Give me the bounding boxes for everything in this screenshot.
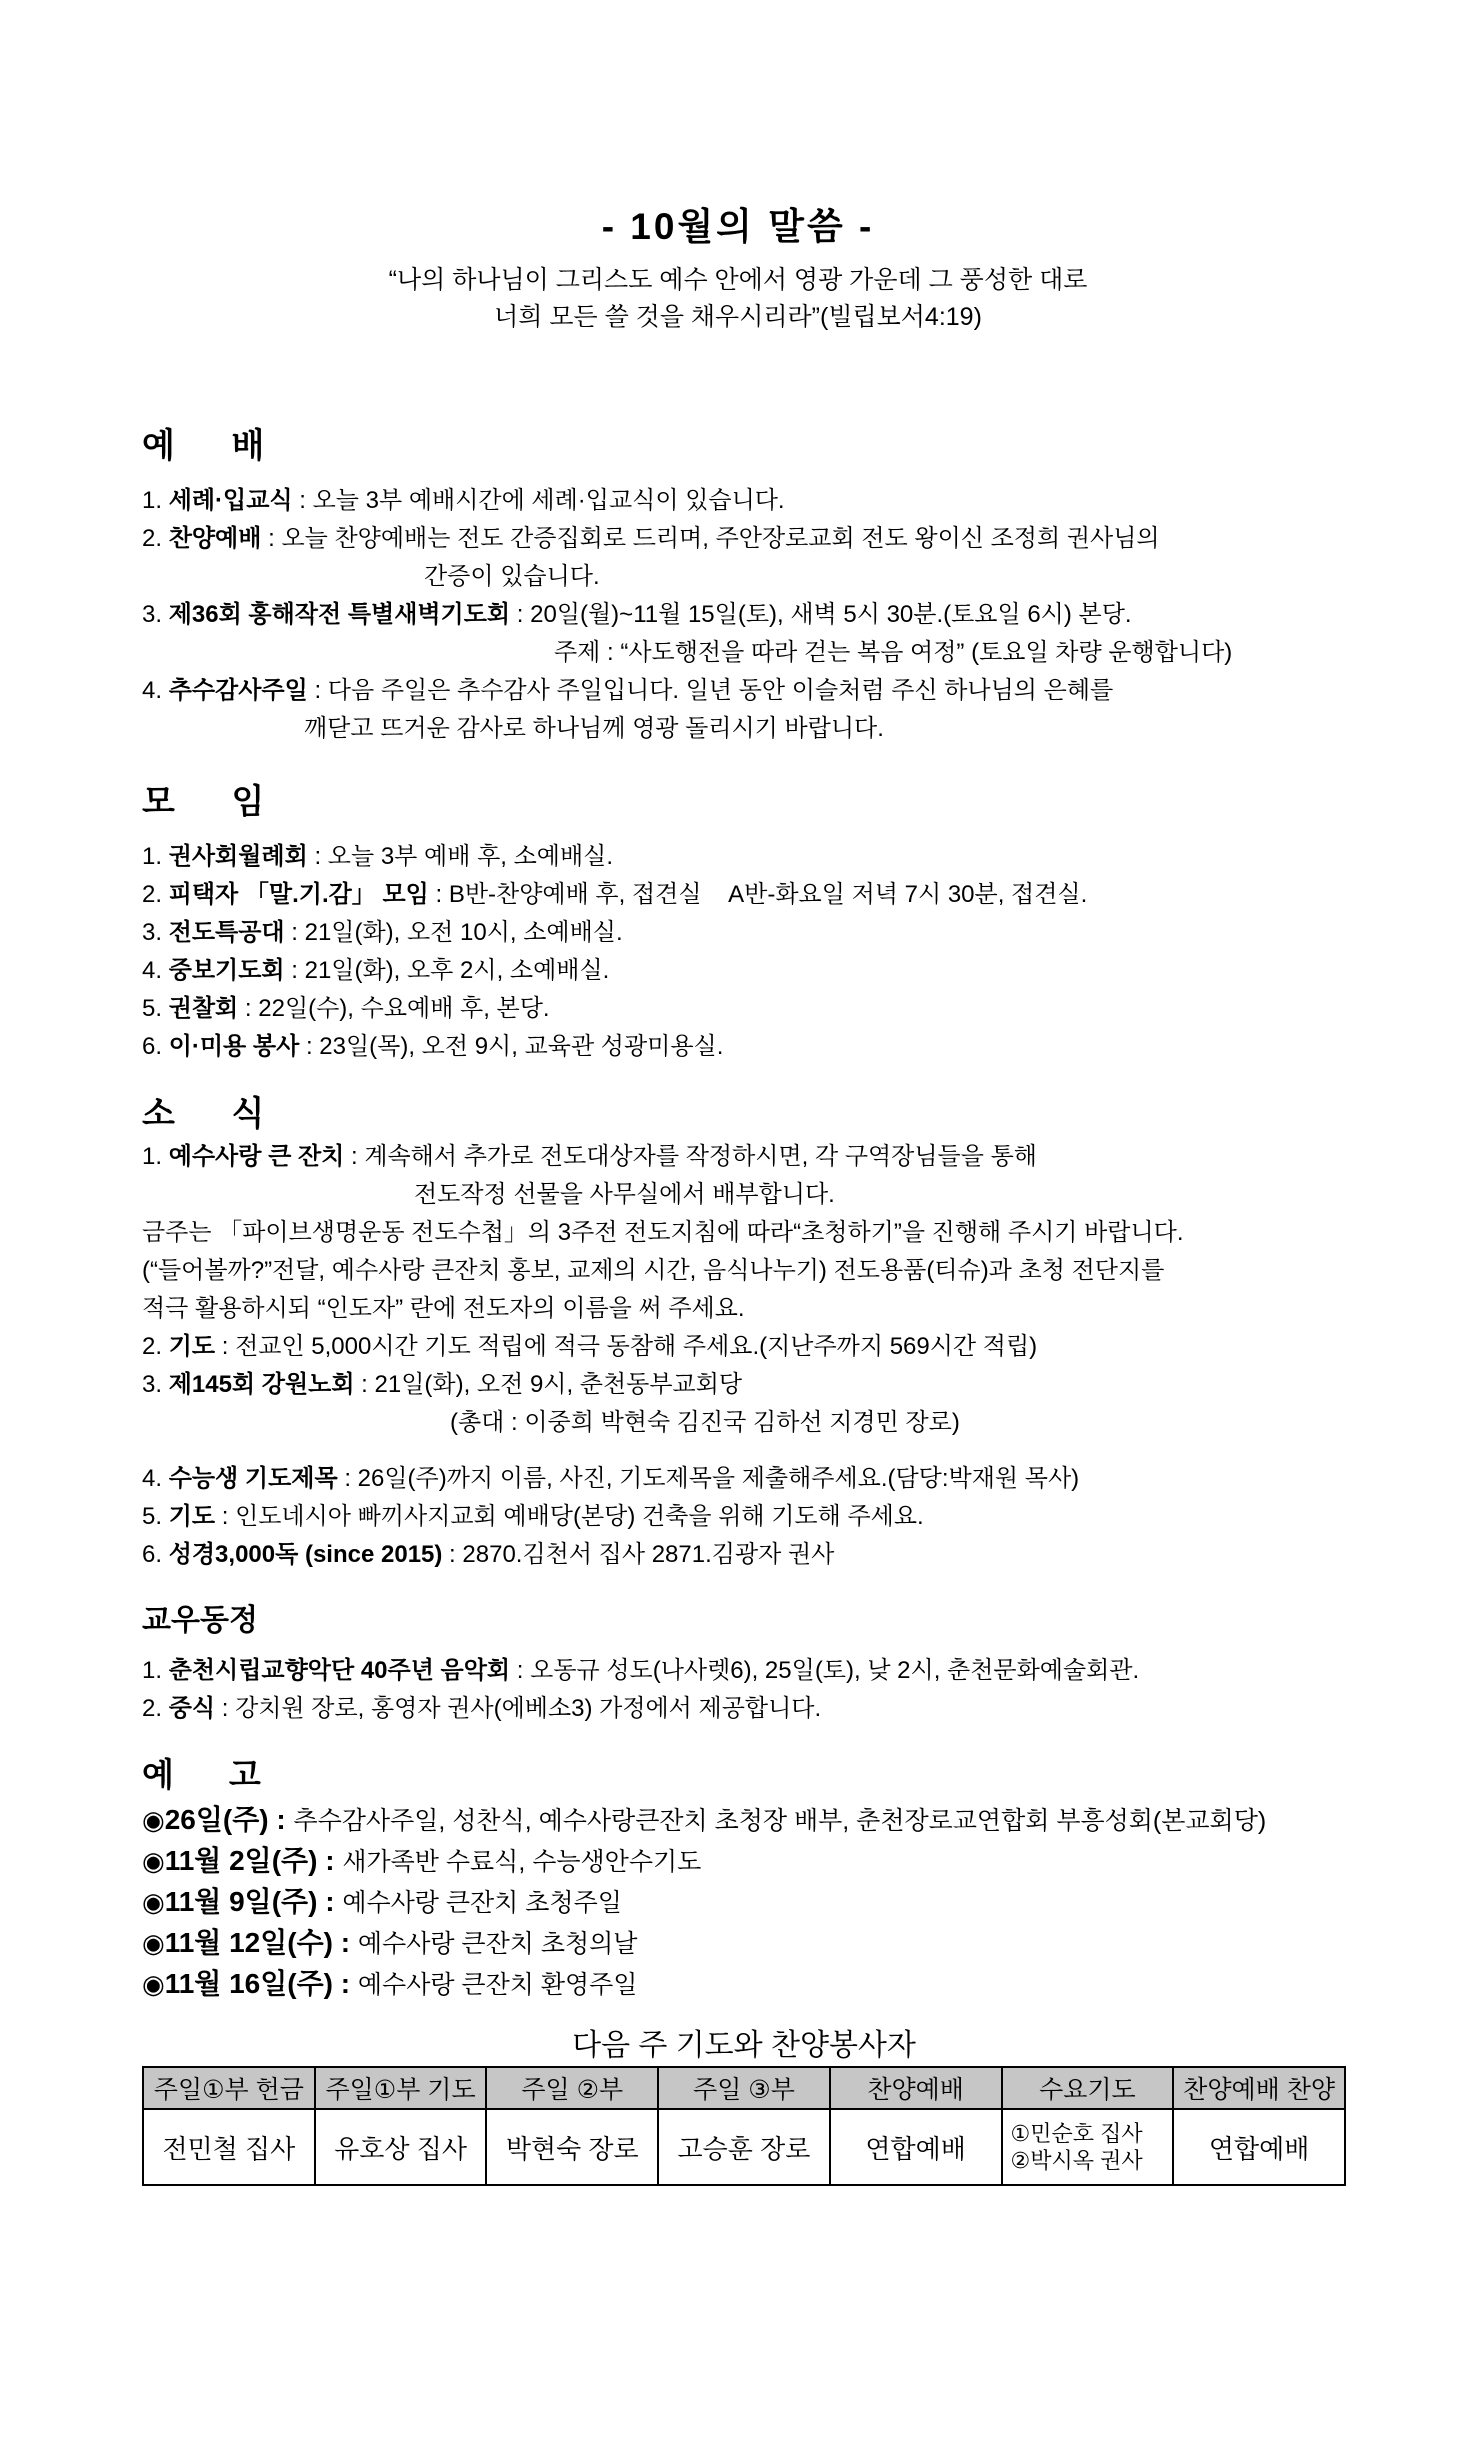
item-number: 2. [142, 1695, 169, 1722]
section-meeting: 모 임 1. 권사회월례회 : 오늘 3부 예배 후, 소예배실. 2. 피택자… [142, 780, 1446, 1066]
item-text: : 21일(화), 오후 2시, 소예배실. [285, 957, 610, 984]
item-text: : 오늘 찬양예배는 전도 간증집회로 드리며, 주안장로교회 전도 왕이신 조… [261, 525, 1159, 552]
upcoming-item-1: ◉26일(주) : 추수감사주일, 성찬식, 예수사랑큰잔치 초청장 배부, 춘… [142, 1800, 1446, 1841]
worship-item-2-cont: 간증이 있습니다. [142, 558, 1446, 596]
meeting-item-1: 1. 권사회월례회 : 오늘 3부 예배 후, 소예배실. [142, 838, 1446, 876]
section-member-news: 교우동정 1. 춘천시립교향악단 40주년 음악회 : 오동규 성도(나사렛6)… [142, 1598, 1446, 1728]
news-item-1: 1. 예수사랑 큰 잔치 : 계속해서 추가로 전도대상자를 작정하시면, 각 … [142, 1138, 1446, 1176]
fisheye-bullet-icon: ◉ [142, 1969, 165, 1999]
item-label: 예수사랑 큰 잔치 [169, 1143, 345, 1170]
section-worship: 예 배 1. 세례·입교식 : 오늘 3부 예배시간에 세례·입교식이 있습니다… [142, 424, 1446, 748]
item-label: 중식 [169, 1695, 215, 1722]
item-label: 중보기도회 [169, 957, 285, 984]
worship-item-4: 4. 추수감사주일 : 다음 주일은 추수감사 주일입니다. 일년 동안 이슬처… [142, 672, 1446, 710]
fisheye-bullet-icon: ◉ [142, 1928, 165, 1958]
item-number: 2. [142, 525, 169, 552]
item-label: 기도 [169, 1333, 215, 1360]
item-label: 성경3,000독 (since 2015) [169, 1541, 443, 1568]
news-item-1-cont: 전도작정 선물을 사무실에서 배부합니다. [142, 1176, 1446, 1214]
upcoming-text: 예수사랑 큰잔치 초청의날 [358, 1930, 638, 1958]
item-label: 권찰회 [169, 995, 239, 1022]
upcoming-text: 예수사랑 큰잔치 초청주일 [342, 1889, 622, 1917]
item-text: : 26일(주)까지 이름, 사진, 기도제목을 제출해주세요.(담당:박재원 … [338, 1465, 1079, 1492]
item-text: : 계속해서 추가로 전도대상자를 작정하시면, 각 구역장님들을 통해 [344, 1143, 1037, 1170]
item-number: 5. [142, 1503, 169, 1530]
item-text: : 전교인 5,000시간 기도 적립에 적극 동참해 주세요.(지난주까지 5… [215, 1333, 1037, 1360]
meeting-item-6: 6. 이·미용 봉사 : 23일(목), 오전 9시, 교육관 성광미용실. [142, 1028, 1446, 1066]
item-text: : 오늘 3부 예배 후, 소예배실. [308, 843, 613, 870]
bulletin-page: - 10월의 말씀 - “나의 하나님이 그리스도 예수 안에서 영광 가운데 … [0, 0, 1476, 2445]
item-text: : 오동규 성도(나사렛6), 25일(토), 낮 2시, 춘천문화예술회관. [510, 1657, 1139, 1684]
cell-wed-prayer: ①민순호 집사 ②박시옥 권사 [1002, 2109, 1174, 2185]
upcoming-date: 11월 12일(수) : [165, 1927, 358, 1958]
header-cell-wed-prayer: 수요기도 [1002, 2067, 1174, 2109]
item-text: : B반-찬양예배 후, 접견실 A반-화요일 저녁 7시 30분, 접견실. [429, 881, 1087, 908]
meeting-item-3: 3. 전도특공대 : 21일(화), 오전 10시, 소예배실. [142, 914, 1446, 952]
item-text: : 2870.김천서 집사 2871.김광자 권사 [442, 1541, 834, 1568]
item-number: 2. [142, 881, 169, 908]
item-number: 1. [142, 843, 169, 870]
item-text: : 22일(수), 수요예배 후, 본당. [238, 995, 549, 1022]
meeting-item-2: 2. 피택자 「말.기.감」 모임 : B반-찬양예배 후, 접견실 A반-화요… [142, 876, 1446, 914]
item-number: 4. [142, 957, 169, 984]
item-text: : 다음 주일은 추수감사 주일입니다. 일년 동안 이슬처럼 주신 하나님의 … [308, 677, 1113, 704]
item-label: 찬양예배 [169, 525, 262, 552]
fisheye-bullet-icon: ◉ [142, 1805, 165, 1835]
item-text: : 강치원 장로, 홍영자 권사(에베소3) 가정에서 제공합니다. [215, 1695, 821, 1722]
worship-item-3: 3. 제36회 홍해작전 특별새벽기도회 : 20일(월)~11월 15일(토)… [142, 596, 1446, 634]
item-number: 1. [142, 487, 169, 514]
meeting-item-4: 4. 중보기도회 : 21일(화), 오후 2시, 소예배실. [142, 952, 1446, 990]
upcoming-date: 11월 2일(주) : [165, 1845, 343, 1876]
cell-praise-service: 연합예배 [830, 2109, 1002, 2185]
news-heading: 소 식 [142, 1092, 1446, 1136]
upcoming-text: 새가족반 수료식, 수능생안수기도 [342, 1848, 701, 1876]
meeting-heading: 모 임 [142, 780, 1446, 824]
item-number: 6. [142, 1033, 169, 1060]
upcoming-date: 11월 16일(주) : [165, 1968, 358, 1999]
item-number: 4. [142, 1465, 169, 1492]
upcoming-text: 예수사랑 큰잔치 환영주일 [358, 1971, 638, 1999]
news-paragraph-3: 적극 활용하시되 “인도자” 란에 전도자의 이름을 써 주세요. [142, 1290, 1446, 1328]
cell-praise-song: 연합예배 [1173, 2109, 1345, 2185]
header-cell-2nd-service: 주일 ②부 [486, 2067, 658, 2109]
news-paragraph-2: (“들어볼까?”전달, 예수사랑 큰잔치 홍보, 교제의 시간, 음식나누기) … [142, 1252, 1446, 1290]
header-cell-praise-service: 찬양예배 [830, 2067, 1002, 2109]
news-item-2: 2. 기도 : 전교인 5,000시간 기도 적립에 적극 동참해 주세요.(지… [142, 1328, 1446, 1366]
upcoming-item-3: ◉11월 9일(주) : 예수사랑 큰잔치 초청주일 [142, 1882, 1446, 1923]
member-news-item-2: 2. 중식 : 강치원 장로, 홍영자 권사(에베소3) 가정에서 제공합니다. [142, 1690, 1446, 1728]
item-text: : 23일(목), 오전 9시, 교육관 성광미용실. [299, 1033, 723, 1060]
header-cell-praise-song: 찬양예배 찬양 [1173, 2067, 1345, 2109]
verse-line-1: “나의 하나님이 그리스도 예수 안에서 영광 가운데 그 풍성한 대로 [0, 262, 1476, 299]
member-news-item-1: 1. 춘천시립교향악단 40주년 음악회 : 오동규 성도(나사렛6), 25일… [142, 1652, 1446, 1690]
item-label: 수능생 기도제목 [169, 1465, 338, 1492]
page-title: - 10월의 말씀 - [0, 196, 1476, 250]
worship-item-4-cont: 깨닫고 뜨거운 감사로 하나님께 영광 돌리시기 바랍니다. [142, 710, 1446, 748]
news-item-6: 6. 성경3,000독 (since 2015) : 2870.김천서 집사 2… [142, 1536, 1446, 1574]
worship-item-3-cont: 주제 : “사도행전을 따라 걷는 복음 여정” (토요일 차량 운행합니다) [142, 634, 1446, 672]
upcoming-item-5: ◉11월 16일(주) : 예수사랑 큰잔치 환영주일 [142, 1964, 1446, 2005]
item-number: 3. [142, 1371, 169, 1398]
upcoming-text: 추수감사주일, 성찬식, 예수사랑큰잔치 초청장 배부, 춘천장로교연합회 부흥… [293, 1807, 1266, 1835]
cell-offering-1st: 전민철 집사 [143, 2109, 315, 2185]
volunteers-header-row: 주일①부 헌금 주일①부 기도 주일 ②부 주일 ③부 찬양예배 수요기도 찬양… [143, 2067, 1345, 2109]
item-number: 5. [142, 995, 169, 1022]
cell-prayer-1st: 유호상 집사 [315, 2109, 487, 2185]
news-item-3-cont: (총대 : 이중희 박현숙 김진국 김하선 지경민 장로) [142, 1404, 1446, 1442]
upcoming-heading: 예 고 [142, 1750, 1446, 1800]
verse-line-2: 너희 모든 쓸 것을 채우시리라”(빌립보서4:19) [0, 299, 1476, 336]
item-text: : 오늘 3부 예배시간에 세례·입교식이 있습니다. [293, 487, 785, 514]
volunteers-table-title: 다음 주 기도와 찬양봉사자 [142, 2020, 1346, 2064]
item-label: 제36회 홍해작전 특별새벽기도회 [169, 601, 510, 628]
worship-item-2: 2. 찬양예배 : 오늘 찬양예배는 전도 간증집회로 드리며, 주안장로교회 … [142, 520, 1446, 558]
header-cell-prayer-1st: 주일①부 기도 [315, 2067, 487, 2109]
volunteers-body-row: 전민철 집사 유호상 집사 박현숙 장로 고승훈 장로 연합예배 ①민순호 집사… [143, 2109, 1345, 2185]
item-label: 기도 [169, 1503, 215, 1530]
meeting-item-5: 5. 권찰회 : 22일(수), 수요예배 후, 본당. [142, 990, 1446, 1028]
item-text: : 20일(월)~11월 15일(토), 새벽 5시 30분.(토요일 6시) … [510, 601, 1131, 628]
item-label: 추수감사주일 [169, 677, 308, 704]
item-label: 이·미용 봉사 [169, 1033, 300, 1060]
fisheye-bullet-icon: ◉ [142, 1846, 165, 1876]
wed-prayer-line-1: ①민순호 집사 [1011, 2120, 1173, 2147]
fisheye-bullet-icon: ◉ [142, 1887, 165, 1917]
upcoming-date: 26일(주) : [165, 1804, 294, 1835]
news-item-4: 4. 수능생 기도제목 : 26일(주)까지 이름, 사진, 기도제목을 제출해… [142, 1460, 1446, 1498]
item-number: 6. [142, 1541, 169, 1568]
news-paragraph-1: 금주는 「파이브생명운동 전도수첩」의 3주전 전도지침에 따라“초청하기”을 … [142, 1214, 1446, 1252]
worship-heading: 예 배 [142, 424, 1446, 468]
cell-3rd-service: 고승훈 장로 [658, 2109, 830, 2185]
item-text: : 인도네시아 빠끼사지교회 예배당(본당) 건축을 위해 기도해 주세요. [215, 1503, 924, 1530]
section-news: 소 식 1. 예수사랑 큰 잔치 : 계속해서 추가로 전도대상자를 작정하시면… [142, 1092, 1446, 1574]
upcoming-item-2: ◉11월 2일(주) : 새가족반 수료식, 수능생안수기도 [142, 1841, 1446, 1882]
item-text: : 21일(화), 오전 10시, 소예배실. [285, 919, 623, 946]
verse-block: “나의 하나님이 그리스도 예수 안에서 영광 가운데 그 풍성한 대로 너희 … [0, 262, 1476, 336]
cell-2nd-service: 박현숙 장로 [486, 2109, 658, 2185]
item-number: 1. [142, 1143, 169, 1170]
wed-prayer-line-2: ②박시옥 권사 [1011, 2147, 1173, 2174]
item-label: 세례·입교식 [169, 487, 293, 514]
volunteers-table: 주일①부 헌금 주일①부 기도 주일 ②부 주일 ③부 찬양예배 수요기도 찬양… [142, 2066, 1346, 2186]
worship-item-1: 1. 세례·입교식 : 오늘 3부 예배시간에 세례·입교식이 있습니다. [142, 482, 1446, 520]
member-news-heading: 교우동정 [142, 1598, 1446, 1644]
item-number: 3. [142, 919, 169, 946]
upcoming-date: 11월 9일(주) : [165, 1886, 343, 1917]
news-item-3: 3. 제145회 강원노회 : 21일(화), 오전 9시, 춘천동부교회당 [142, 1366, 1446, 1404]
header-cell-3rd-service: 주일 ③부 [658, 2067, 830, 2109]
section-upcoming: 예 고 ◉26일(주) : 추수감사주일, 성찬식, 예수사랑큰잔치 초청장 배… [142, 1750, 1446, 2005]
item-label: 전도특공대 [169, 919, 285, 946]
item-label: 춘천시립교향악단 40주년 음악회 [169, 1657, 510, 1684]
item-number: 1. [142, 1657, 169, 1684]
news-item-5: 5. 기도 : 인도네시아 빠끼사지교회 예배당(본당) 건축을 위해 기도해 … [142, 1498, 1446, 1536]
item-number: 2. [142, 1333, 169, 1360]
header-cell-offering-1st: 주일①부 헌금 [143, 2067, 315, 2109]
item-number: 4. [142, 677, 169, 704]
item-label: 권사회월례회 [169, 843, 308, 870]
item-label: 제145회 강원노회 [169, 1371, 355, 1398]
upcoming-item-4: ◉11월 12일(수) : 예수사랑 큰잔치 초청의날 [142, 1923, 1446, 1964]
item-text: : 21일(화), 오전 9시, 춘천동부교회당 [355, 1371, 743, 1398]
item-label: 피택자 「말.기.감」 모임 [169, 881, 429, 908]
item-number: 3. [142, 601, 169, 628]
